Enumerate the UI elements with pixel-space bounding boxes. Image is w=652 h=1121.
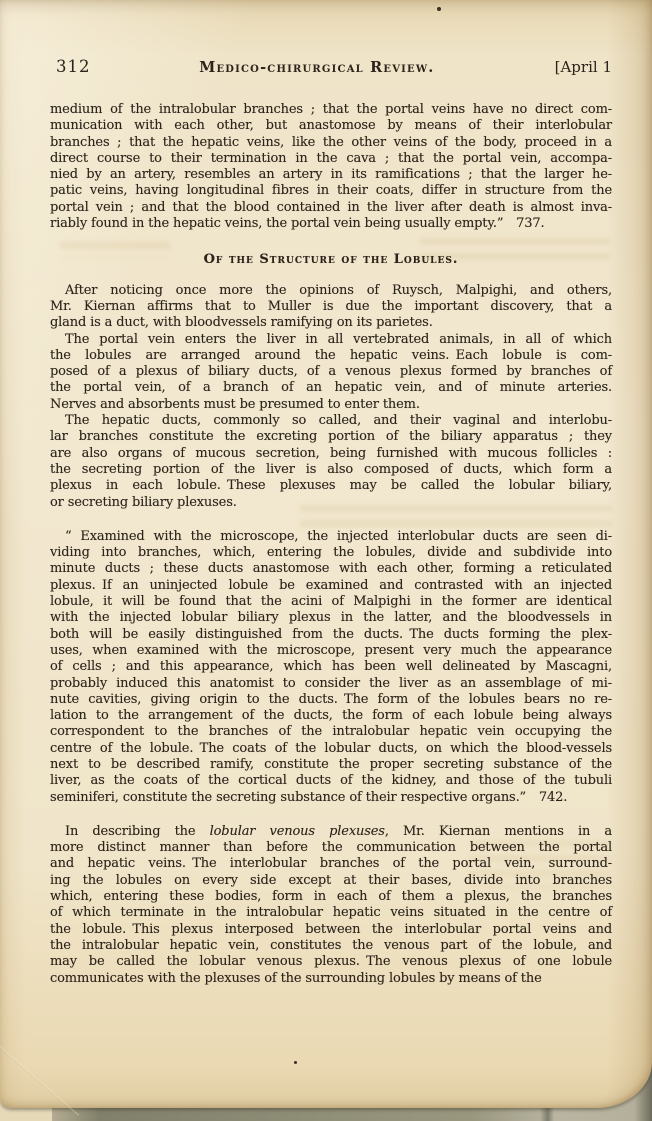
text-line: which, entering these bodies, form in ea… xyxy=(50,889,612,905)
ink-speck xyxy=(294,1061,297,1064)
section-heading: Of the Structure of the Lobules. xyxy=(50,252,612,268)
text-line: lation to the arrangement of the ducts, … xyxy=(50,708,612,724)
text-line: ing the lobules on every side except at … xyxy=(50,873,612,889)
text-line: uses, when examined with the microscope,… xyxy=(50,643,612,659)
text-line: the lobules are arranged around the hepa… xyxy=(50,348,612,364)
text-line: nied by an artery, resembles an artery i… xyxy=(50,167,612,183)
paragraph: The portal vein enters the liver in all … xyxy=(50,332,612,413)
page-number: 312 xyxy=(56,57,91,76)
text-line: centre of the lobule. The coats of the l… xyxy=(50,741,612,757)
text-line: liver, as the coats of the cortical duct… xyxy=(50,773,612,789)
text-line: may be called the lobular venous plexus.… xyxy=(50,954,612,970)
page-header: 312 Medico-chirurgical Review. [April 1 xyxy=(50,57,612,81)
text-line: correspondent to the branches of the int… xyxy=(50,724,612,740)
text-line: plexus in each lobule. These plexuses ma… xyxy=(50,478,612,494)
text-line: direct course to their termination in th… xyxy=(50,151,612,167)
text-line: munication with each other, but anastomo… xyxy=(50,118,612,134)
text-line: minute ducts ; these ducts anastomose wi… xyxy=(50,561,612,577)
text-line: The portal vein enters the liver in all … xyxy=(50,332,612,348)
text-line: plexus. If an uninjected lobule be exami… xyxy=(50,578,612,594)
text-line: Mr. Kiernan affirms that to Muller is du… xyxy=(50,299,612,315)
text-line: the lobule. This plexus interposed betwe… xyxy=(50,922,612,938)
text-line: viding into branches, which, entering th… xyxy=(50,545,612,561)
text-line: posed of a plexus of biliary ducts, of a… xyxy=(50,364,612,380)
text-line: portal vein ; and that the blood contain… xyxy=(50,200,612,216)
paragraph: medium of the intralobular branches ; th… xyxy=(50,102,612,232)
text-line: more distinct manner than before the com… xyxy=(50,840,612,856)
text-line: medium of the intralobular branches ; th… xyxy=(50,102,612,118)
text-line: seminiferi, constitute the secreting sub… xyxy=(50,790,612,806)
paragraph: After noticing once more the opinions of… xyxy=(50,283,612,332)
paragraph: In describing the lobular venous plexuse… xyxy=(50,824,612,987)
text-flow: medium of the intralobular branches ; th… xyxy=(50,102,612,987)
text-line: the intralobular hepatic vein, constitut… xyxy=(50,938,612,954)
text-line: or secreting biliary plexuses. xyxy=(50,495,612,511)
text-line: both will be easily distinguished from t… xyxy=(50,627,612,643)
text-line: After noticing once more the opinions of… xyxy=(50,283,612,299)
text-line: Nerves and absorbents must be presumed t… xyxy=(50,397,612,413)
text-line: The hepatic ducts, commonly so called, a… xyxy=(50,413,612,429)
journal-title: Medico-chirurgical Review. xyxy=(199,59,434,76)
paragraph: “ Examined with the microscope, the inje… xyxy=(50,529,612,806)
text-line: lar branches constitute the excreting po… xyxy=(50,429,612,445)
issue-date: [April 1 xyxy=(555,58,612,76)
page-sheet: 312 Medico-chirurgical Review. [April 1 … xyxy=(0,0,652,1108)
text-line: communicates with the plexuses of the su… xyxy=(50,971,612,987)
text-line: “ Examined with the microscope, the inje… xyxy=(50,529,612,545)
text-line: with the injected lobular biliary plexus… xyxy=(50,610,612,626)
text-line: and hepatic veins. The interlobular bran… xyxy=(50,856,612,872)
text-line: of which terminate in the intralobular h… xyxy=(50,905,612,921)
text-line: next to be described ramify, constitute … xyxy=(50,757,612,773)
paragraph: The hepatic ducts, commonly so called, a… xyxy=(50,413,612,511)
text-line: probably induced this anatomist to consi… xyxy=(50,676,612,692)
text-line: In describing the lobular venous plexuse… xyxy=(50,824,612,840)
text-line: lobule, it will be found that the acini … xyxy=(50,594,612,610)
text-line: branches ; that the hepatic veins, like … xyxy=(50,135,612,151)
corner-crease xyxy=(0,1036,79,1116)
text-line: gland is a duct, with bloodvessels ramif… xyxy=(50,315,612,331)
text-line: the secreting portion of the liver is al… xyxy=(50,462,612,478)
text-line: patic veins, having longitudinal fibres … xyxy=(50,183,612,199)
text-line: the portal vein, of a branch of an hepat… xyxy=(50,380,612,396)
text-line: are also organs of mucous secretion, bei… xyxy=(50,446,612,462)
page-body: 312 Medico-chirurgical Review. [April 1 … xyxy=(50,0,612,24)
text-line: riably found in the hepatic veins, the p… xyxy=(50,216,612,232)
text-line: of cells ; and this appearance, which ha… xyxy=(50,659,612,675)
text-line: nute cavities, giving origin to the duct… xyxy=(50,692,612,708)
